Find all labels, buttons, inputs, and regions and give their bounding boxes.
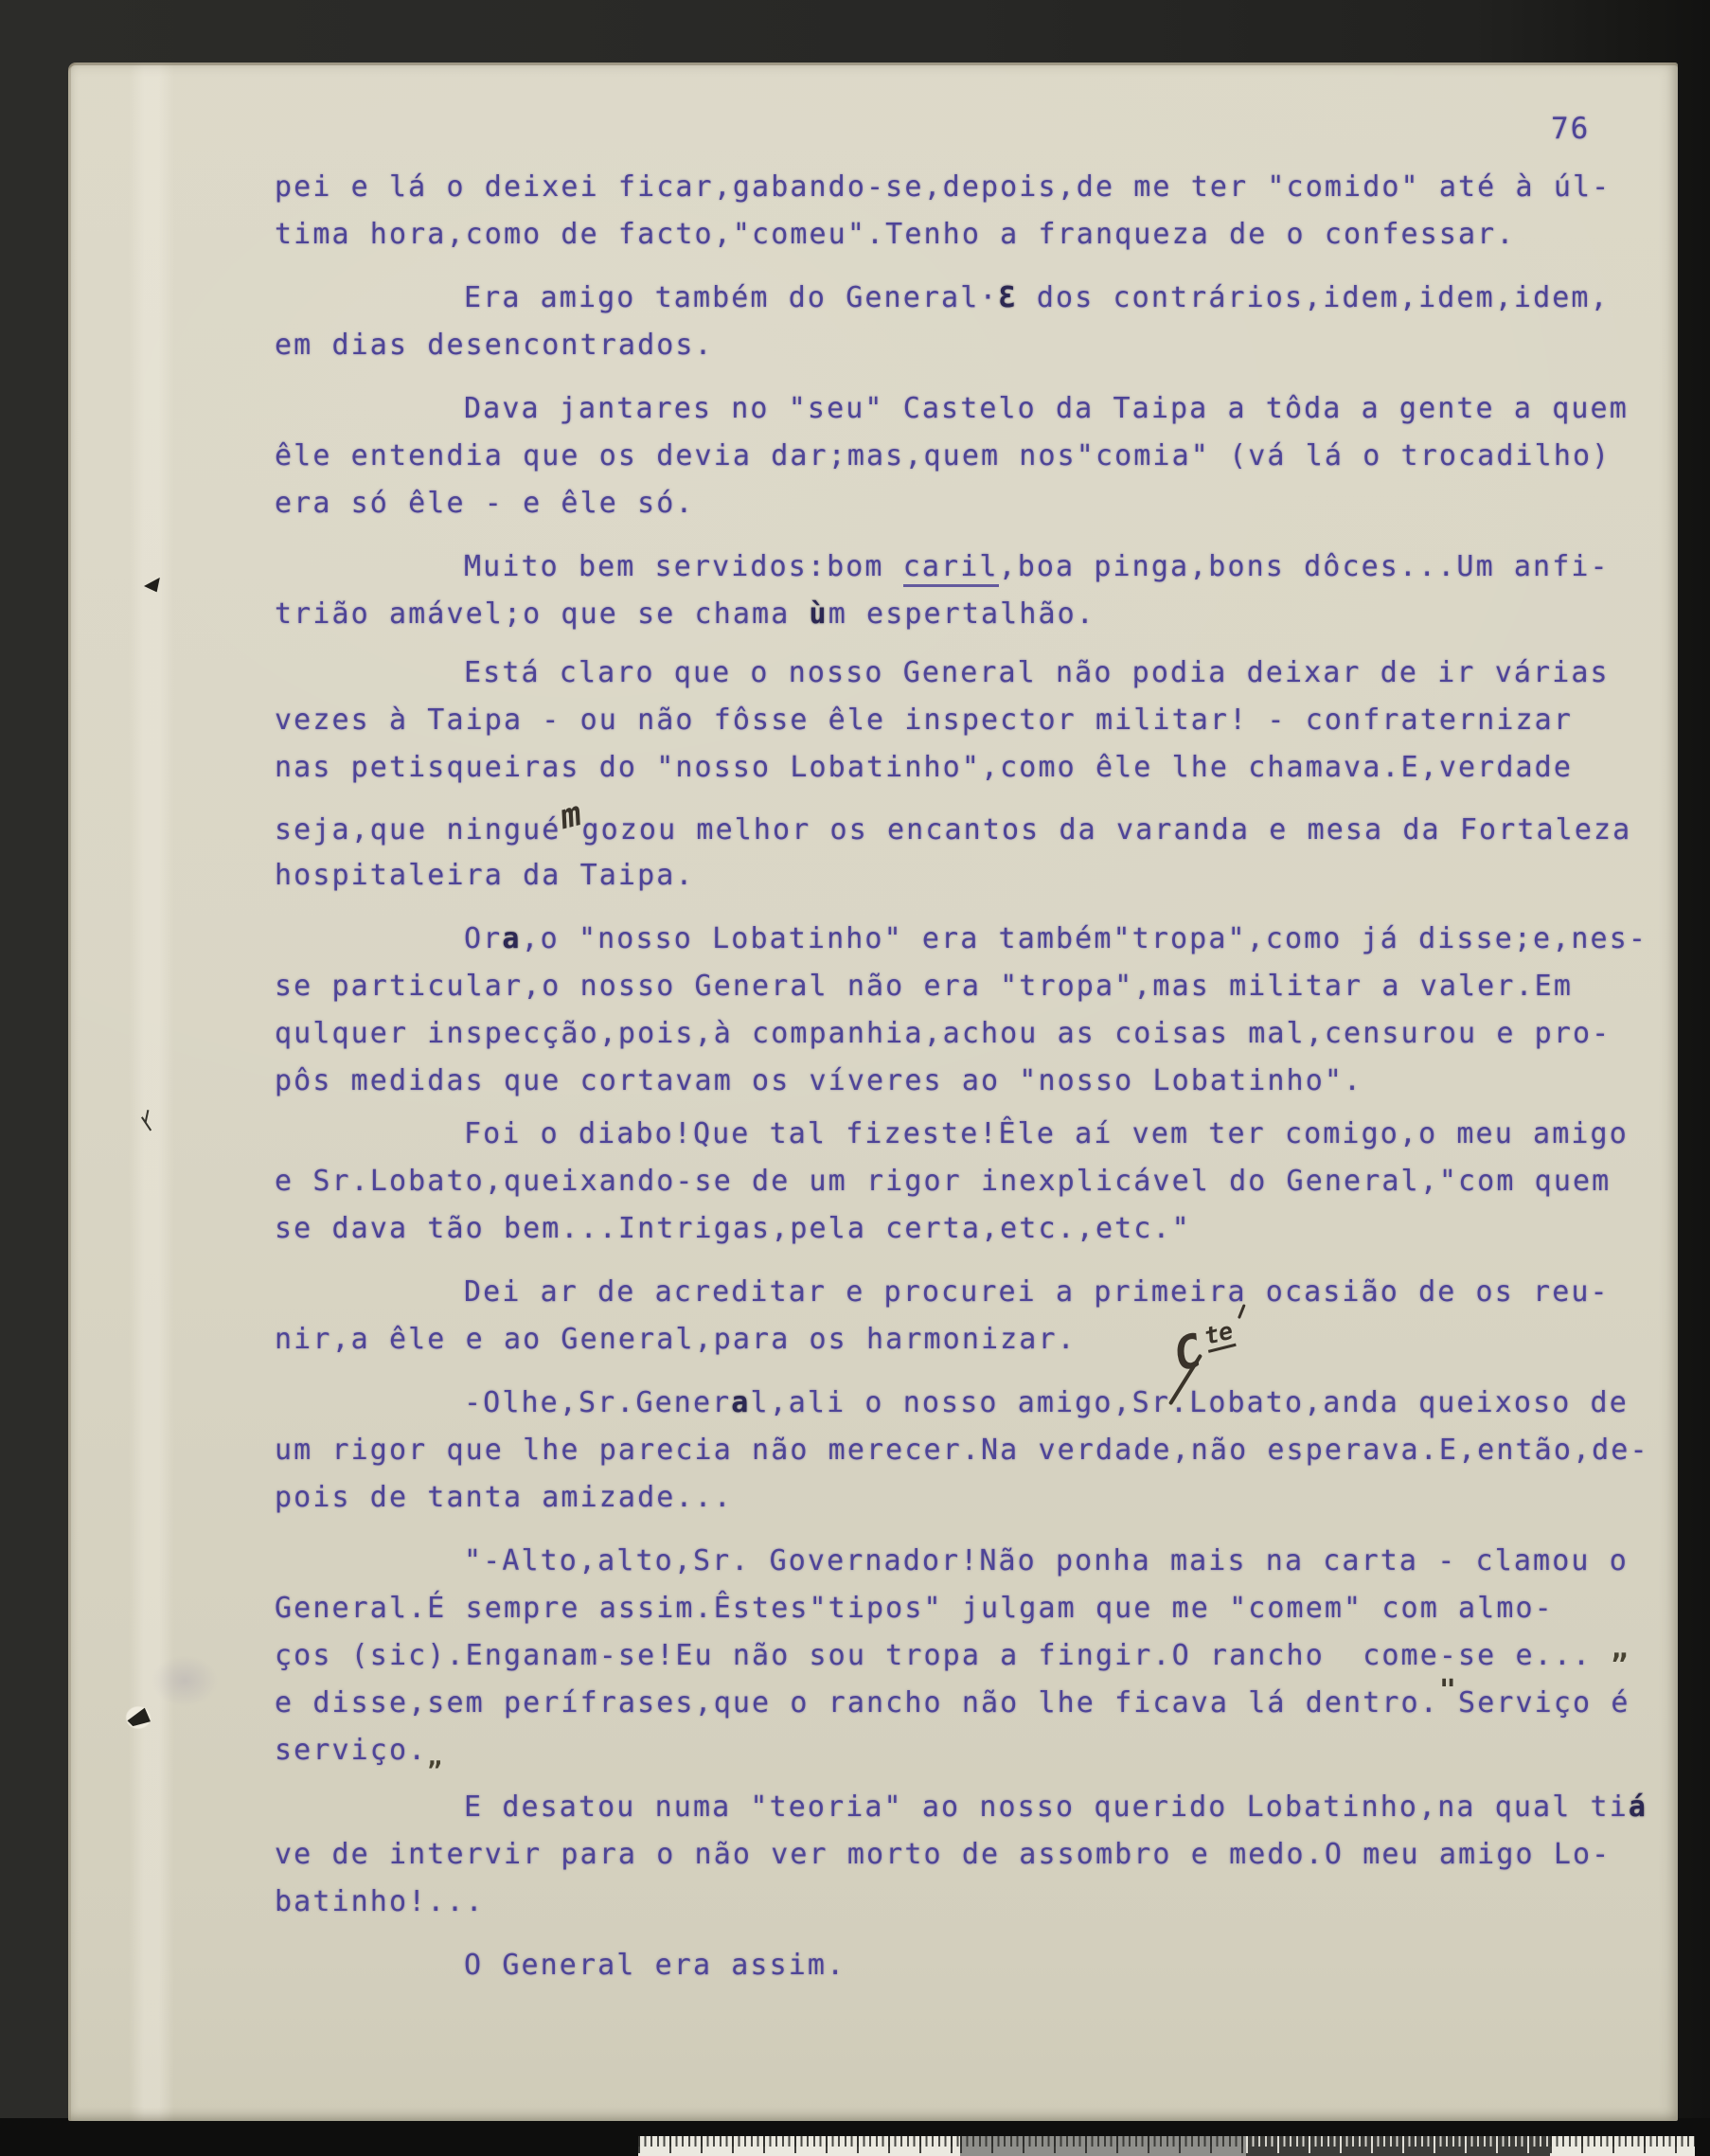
ruler-segment-dark bbox=[1246, 2136, 1550, 2156]
page-number: 76 bbox=[1551, 112, 1590, 146]
text-line: Muito bem servidos:bom caril,boa pinga,b… bbox=[275, 543, 1710, 591]
text-line: hospitaleira da Taipa. bbox=[275, 852, 1710, 900]
text-line: vezes à Taipa - ou não fôsse êle inspect… bbox=[275, 697, 1710, 744]
handwritten-commander-abbreviation: C te bbox=[1171, 1315, 1262, 1384]
ink-speck bbox=[138, 1109, 158, 1134]
text-line: pei e lá o deixei ficar,gabando-se,depoi… bbox=[275, 164, 1710, 211]
text-line: em dias desencontrados. bbox=[275, 322, 1710, 369]
text-line: nas petisqueiras do "nosso Lobatinho",co… bbox=[275, 744, 1710, 792]
text-line: ve de intervir para o não ver morto de a… bbox=[275, 1831, 1710, 1879]
ruler-segment-white bbox=[638, 2136, 960, 2156]
text-line: Ora,o "nosso Lobatinho" era também"tropa… bbox=[275, 916, 1710, 963]
typewritten-text-block: pei e lá o deixei ficar,gabando-se,depoi… bbox=[275, 164, 1710, 1989]
text-line: êle entendia que os devia dar;mas,quem n… bbox=[275, 433, 1710, 480]
ink-speck bbox=[143, 578, 162, 594]
text-line: e disse,sem perífrases,que o rancho não … bbox=[275, 1680, 1710, 1727]
text-line: E desatou numa "teoria" ao nosso querido… bbox=[275, 1784, 1710, 1831]
text-line: Foi o diabo!Que tal fizeste!Êle aí vem t… bbox=[275, 1111, 1710, 1158]
text-line: seja,que ninguémgozou melhor os encantos… bbox=[275, 805, 1710, 852]
text-line: pois de tanta amizade... bbox=[275, 1474, 1710, 1522]
handwritten-letter-c: C bbox=[1169, 1331, 1206, 1375]
text-line: Era amigo também do General·Ɛ dos contrá… bbox=[275, 275, 1710, 322]
text-line: O General era assim. bbox=[275, 1942, 1710, 1989]
text-line: qulquer inspecção,pois,à companhia,achou… bbox=[275, 1010, 1710, 1058]
text-line: um rigor que lhe parecia não merecer.Na … bbox=[275, 1427, 1710, 1474]
text-line: e Sr.Lobato,queixando-se de um rigor ine… bbox=[275, 1158, 1710, 1205]
photographic-scale-ruler bbox=[0, 2136, 1710, 2156]
handwritten-superscript-te: te bbox=[1202, 1316, 1237, 1352]
text-line: se dava tão bem...Intrigas,pela certa,et… bbox=[275, 1205, 1710, 1253]
text-line: nir,a êle e ao General,para os harmoniza… bbox=[275, 1316, 1710, 1363]
text-line: batinho!... bbox=[275, 1879, 1710, 1926]
text-line: trião amável;o que se chama ùm espertalh… bbox=[275, 591, 1710, 638]
text-line: Dei ar de acreditar e procurei a primeir… bbox=[275, 1269, 1710, 1316]
text-line: Está claro que o nosso General não podia… bbox=[275, 650, 1710, 697]
ink-smudge bbox=[151, 1655, 218, 1706]
paper-sheet: 76 pei e lá o deixei ficar,gabando-se,de… bbox=[68, 62, 1678, 2121]
text-line: tima hora,como de facto,"comeu".Tenho a … bbox=[275, 211, 1710, 258]
text-line: ços (sic).Enganam-se!Eu não sou tropa a … bbox=[275, 1632, 1710, 1680]
text-line: Dava jantares no "seu" Castelo da Taipa … bbox=[275, 385, 1710, 433]
text-line: se particular,o nosso General não era "t… bbox=[275, 963, 1710, 1010]
text-line: pôs medidas que cortavam os víveres ao "… bbox=[275, 1058, 1710, 1105]
text-line: serviço.„ bbox=[275, 1727, 1710, 1774]
text-line: -Olhe,Sr.General,ali o nosso amigo,Sr.Lo… bbox=[275, 1380, 1710, 1427]
scanned-document-page: 76 pei e lá o deixei ficar,gabando-se,de… bbox=[0, 0, 1710, 2156]
ruler-segment-gray bbox=[960, 2136, 1246, 2156]
ink-speck bbox=[117, 1699, 159, 1737]
text-line: General.É sempre assim.Êstes"tipos" julg… bbox=[275, 1585, 1710, 1632]
ruler-segment-white bbox=[1550, 2136, 1695, 2156]
text-line: era só êle - e êle só. bbox=[275, 480, 1710, 527]
text-line: "-Alto,alto,Sr. Governador!Não ponha mai… bbox=[275, 1538, 1710, 1585]
